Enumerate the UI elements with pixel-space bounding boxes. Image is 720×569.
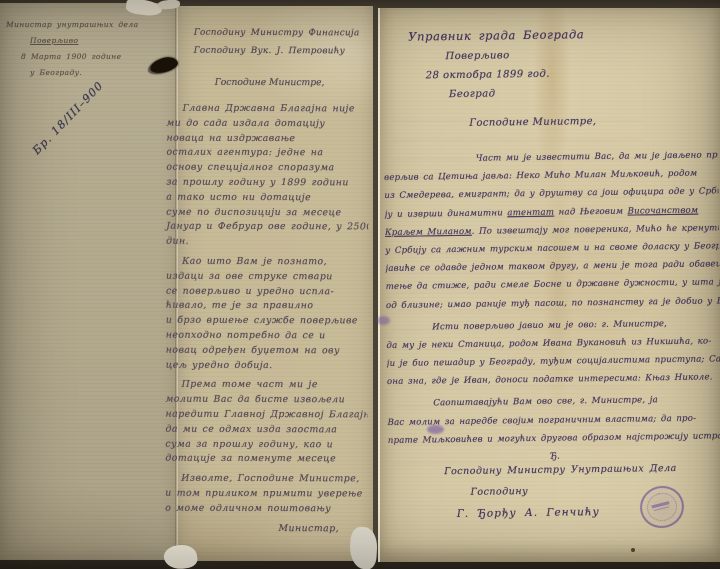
handwriting-line: дин. [162,236,368,252]
handwriting-line: наредити Главној Државној Благајни [162,409,368,425]
underlined-word: Краљем Миланом [385,227,472,238]
handwriting-line: сума за прошлу годину, као и [161,438,367,454]
handwriting-line: Београд [383,85,717,109]
handwriting-line: основу специјалног споразума [162,162,368,178]
middle-page-text: Господину Министру ФинансијаГосподину Ву… [161,28,369,538]
handwriting-line: се поверљиво и уредно испла- [162,285,368,301]
right-page-text: Управник града БеоградаПоверљиво28 октоб… [382,19,720,531]
handwriting-line: Господине Министре, [163,77,369,95]
handwriting-line: Господине Министре, [383,114,717,139]
underlined-word: атентат [507,207,554,218]
handwriting-line: Главна Државна Благајна није [163,103,369,119]
handwriting-line: у Београду. [6,68,164,84]
handwriting-line: Као што Вам је познато, [162,256,368,272]
handwriting-line: молити Вас да бисте извољели [162,394,368,410]
handwriting-line: Изволте, Господине Министре, [161,473,367,489]
ink-smudge [377,316,390,325]
handwriting-line: дотације за поменуте месеце [161,453,367,469]
handwriting-segment: ју и изврши динамитни [385,208,508,220]
handwriting-line: Поверљиво [6,36,164,52]
handwriting-line: она зна, где је Иван, доноси податке инт… [387,373,720,396]
photo-background: Министар унутрашњих делаПоверљиво8 Марта… [0,0,720,569]
handwriting-line: новаца на издржавање [162,132,368,148]
handwriting-line: да ми се одмах изда заостала [161,423,367,439]
handwriting-line: издаци за ове струке ствари [162,270,368,286]
handwriting-line: Министар, [161,522,367,538]
handwriting-line: осталих агентура: једне на [162,147,368,163]
handwriting-line: Јануар и Фебруар ове године, у 2500 д. [162,221,368,237]
torn-edge-bottom-middle [349,526,378,569]
handwriting-line: за прошлу годину у 1899 години [162,177,368,193]
handwriting-line: суме по диспозицији за месеце [162,206,368,222]
left-page-text: Министар унутрашњих делаПоверљиво8 Марта… [6,20,164,84]
handwriting-line: Министар унутрашњих дела [6,20,164,36]
handwriting-line: новац одређен буџетом на ову [162,344,368,360]
paper-speck [631,548,635,552]
handwriting-line: о моме одличном поштовању [161,502,367,518]
handwriting-line: и том приликом примити уверење [161,488,367,504]
handwriting-line: Господину Министру Финансија [163,28,369,46]
handwriting-segment: . По извештају мог повереника, Мићо ће к… [472,223,719,236]
handwriting-line: цељ уредно добија. [162,359,368,375]
handwriting-line: и брзо вршење службе поверљиве [162,315,368,331]
handwriting-segment: над Његовим [554,206,628,217]
ink-smudge [427,425,444,434]
handwriting-line: од близине; имао раније туђ пасош, по по… [386,296,720,319]
handwriting-line: ћивало, те је за правилно [162,300,368,316]
handwriting-line: ми до сада издала дотацију [163,117,369,133]
handwriting-line: 8 Марта 1900 године [6,52,164,68]
underlined-word: Височанством [628,205,699,216]
handwriting-line: Према томе част ми је [162,379,368,395]
handwriting-line: а тако исто ни дотације [162,191,368,207]
handwriting-line: Господину Вук. Ј. Петровићу [163,45,369,63]
handwriting-line: неопходно потребно да се и [162,330,368,346]
